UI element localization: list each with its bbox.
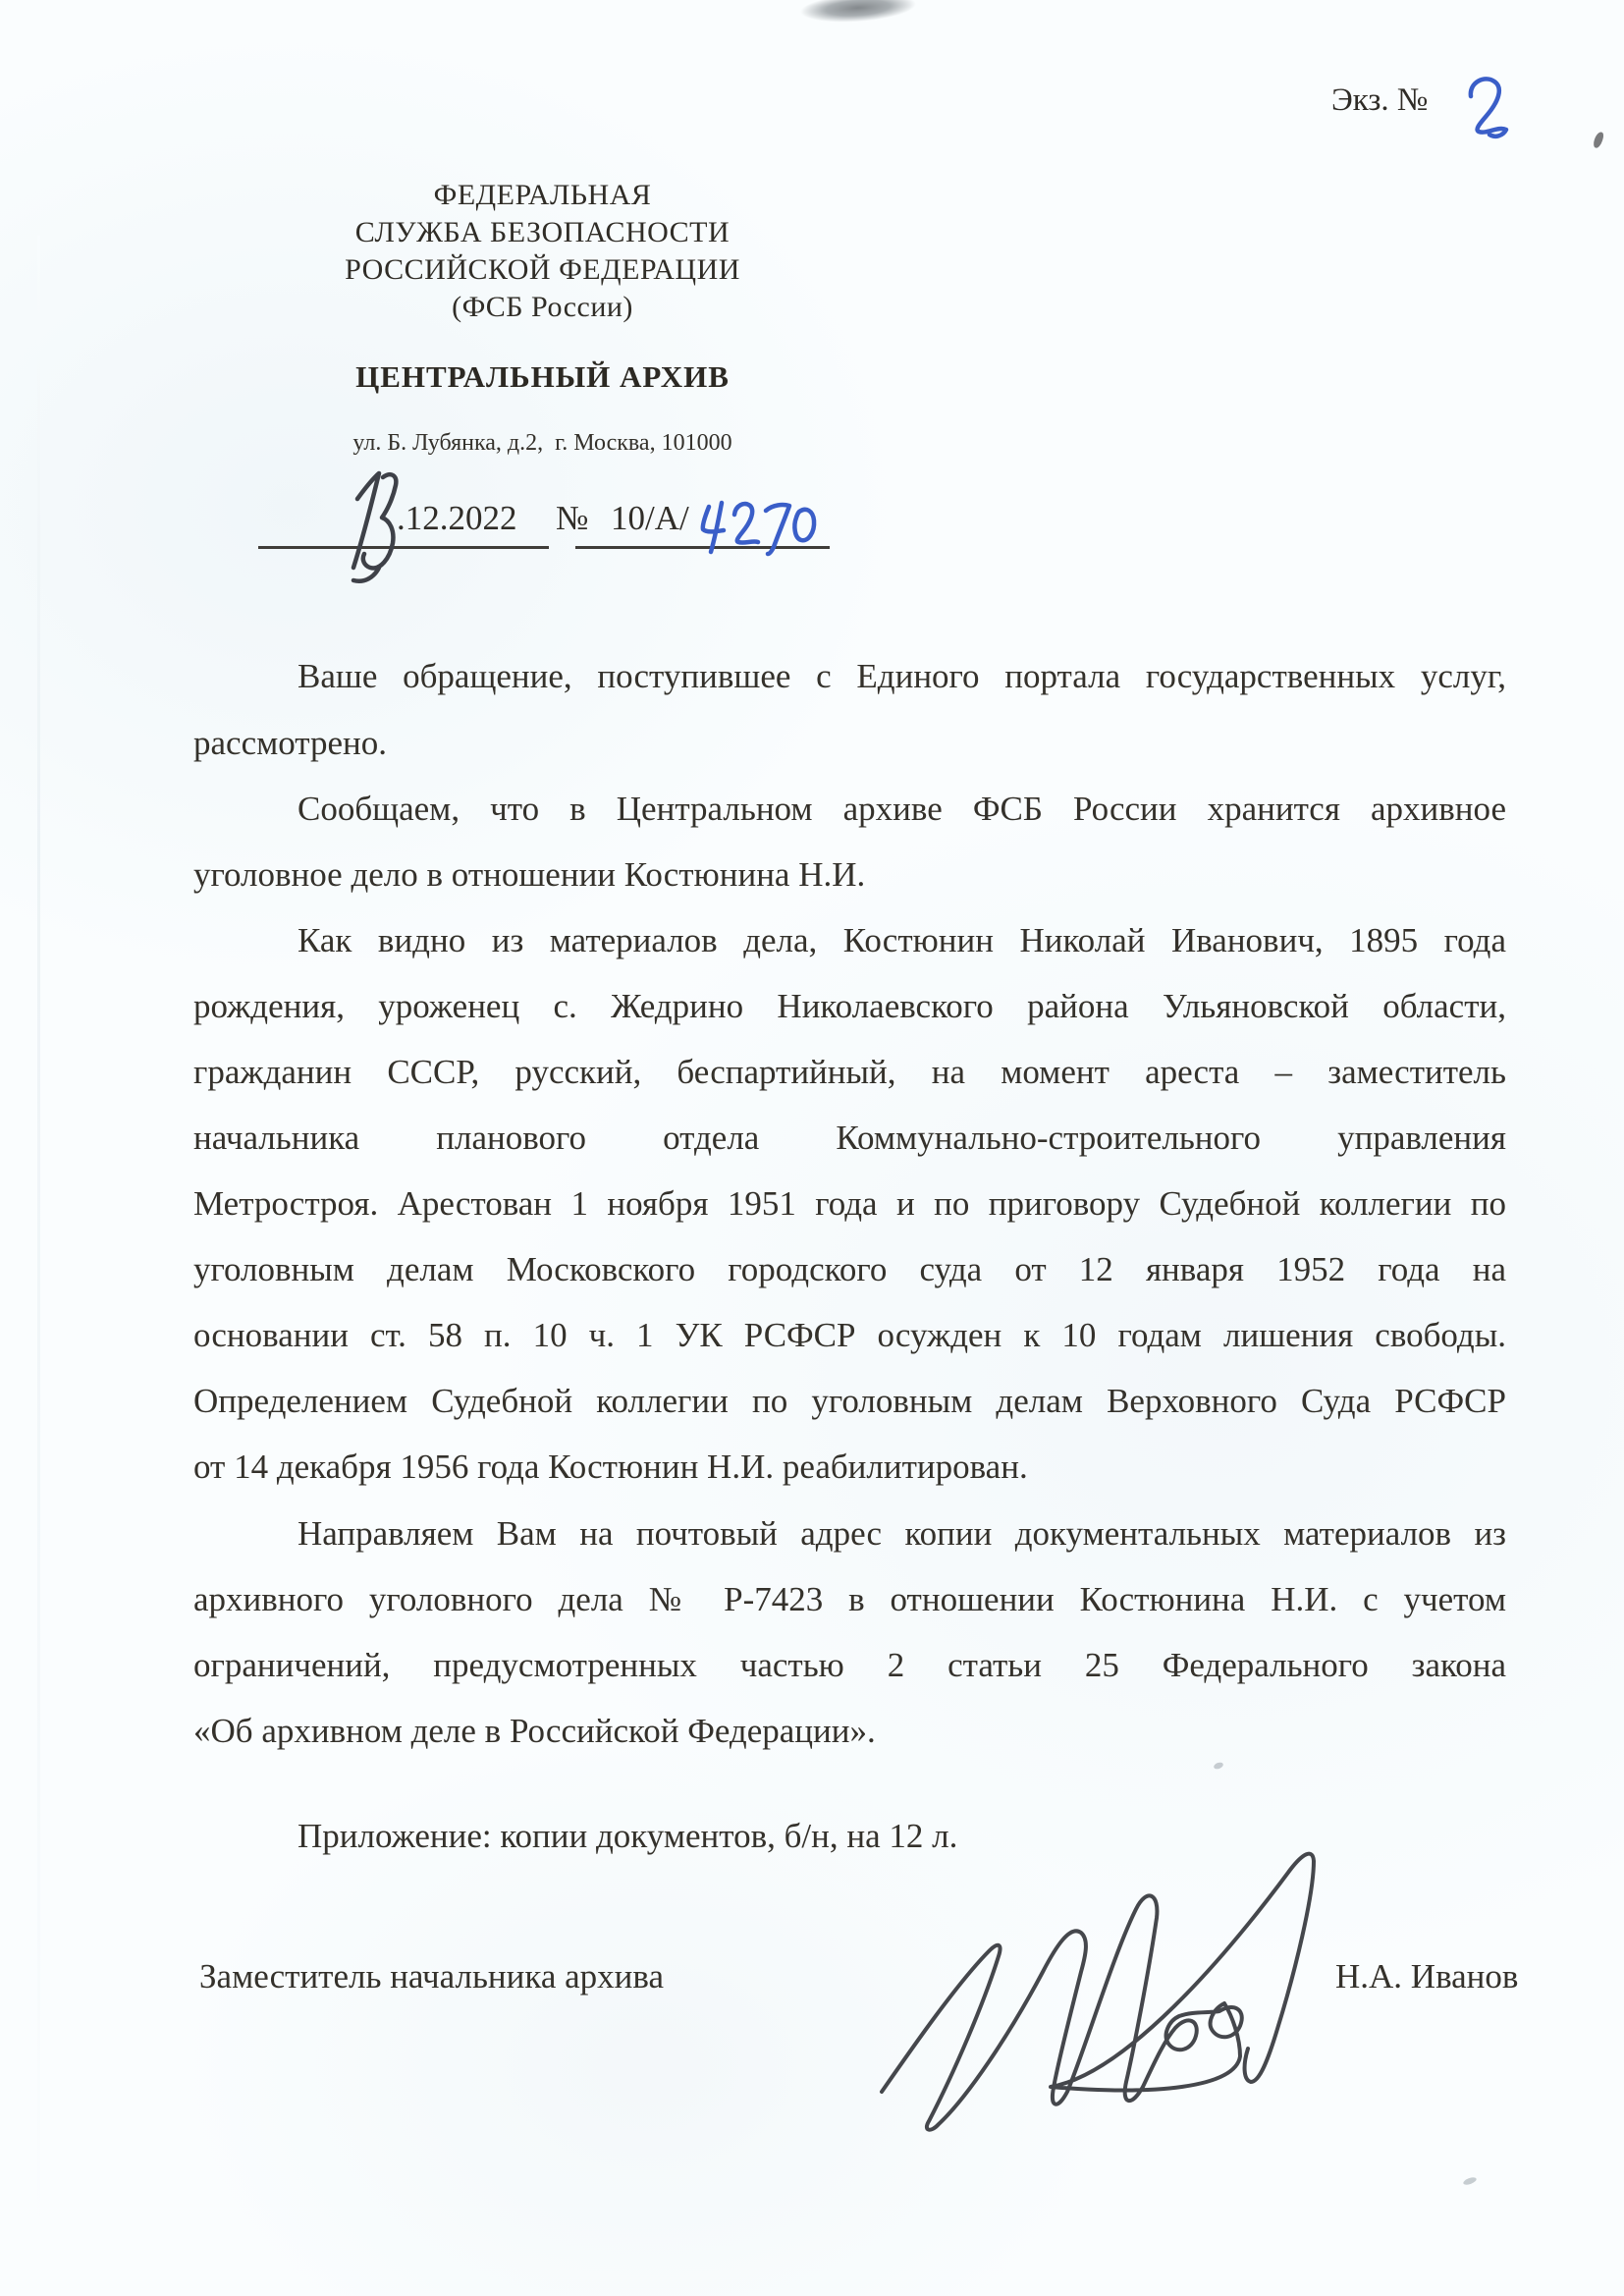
signature-stroke (874, 1834, 1326, 2149)
number-prefix: 10/А/ (611, 499, 689, 538)
department-name: ЦЕНТРАЛЬНЫЙ АРХИВ (324, 359, 761, 395)
body-line: от 14 декабря 1956 года Костюнин Н.И. ре… (193, 1447, 1506, 1492)
body-line: Определением Судебной коллегии по уголов… (193, 1381, 1506, 1426)
date-day-handwritten (328, 469, 406, 585)
ink-speck (1593, 131, 1605, 149)
signer-name: Н.А. Иванов (1335, 1957, 1518, 1996)
org-name-line: ФЕДЕРАЛЬНАЯ (324, 177, 761, 214)
date-printed: .12.2022 (397, 499, 517, 538)
body-line: уголовным делам Московского городского с… (193, 1249, 1506, 1294)
body-line: «Об архивном деле в Российской Федерации… (193, 1711, 1506, 1756)
org-name-line: СЛУЖБА БЕЗОПАСНОСТИ (324, 214, 761, 251)
body-line: основании ст. 58 п. 10 ч. 1 УК РСФСР осу… (193, 1315, 1506, 1360)
scan-smudge-top (799, 0, 917, 26)
org-address: ул. Б. Лубянка, д.2, г. Москва, 101000 (324, 430, 761, 457)
letterhead-org-name: ФЕДЕРАЛЬНАЯ СЛУЖБА БЕЗОПАСНОСТИ РОССИЙСК… (324, 177, 761, 326)
body-line: Как видно из материалов дела, Костюнин Н… (193, 920, 1506, 965)
outgoing-number-handwritten (695, 497, 819, 560)
body-line: архивного уголовного дела № Р-7423 в отн… (193, 1579, 1506, 1624)
scan-speck (1213, 1761, 1223, 1770)
number-sign: № (556, 499, 588, 538)
scan-speck (1462, 2176, 1477, 2186)
scan-crease (37, 236, 40, 2249)
body-line: Ваше обращение, поступившее с Единого по… (193, 656, 1506, 701)
copy-label: Экз. № (1331, 82, 1428, 119)
org-name-line: РОССИЙСКОЙ ФЕДЕРАЦИИ (324, 251, 761, 289)
body-line: ограничений, предусмотренных частью 2 ст… (193, 1645, 1506, 1690)
copy-number-handwritten (1461, 75, 1518, 139)
body-line: Направляем Вам на почтовый адрес копии д… (193, 1513, 1506, 1558)
body-line: рассмотрено. (193, 723, 1506, 768)
body-line: гражданин СССР, русский, беспартийный, н… (193, 1052, 1506, 1097)
body-line: Сообщаем, что в Центральном архиве ФСБ Р… (193, 789, 1506, 834)
body-line: уголовное дело в отношении Костюнина Н.И… (193, 854, 1506, 900)
org-name-line: (ФСБ России) (324, 289, 761, 326)
body-line: начальника планового отдела Коммунально-… (193, 1118, 1506, 1163)
body-line: Метростроя. Арестован 1 ноября 1951 года… (193, 1183, 1506, 1229)
body-line: рождения, уроженец с. Жедрино Николаевск… (193, 986, 1506, 1031)
signer-position: Заместитель начальника архива (199, 1957, 664, 1996)
document-page: Экз. № ФЕДЕРАЛЬНАЯ СЛУЖБА БЕЗОПАСНОСТИ Р… (0, 0, 1624, 2296)
